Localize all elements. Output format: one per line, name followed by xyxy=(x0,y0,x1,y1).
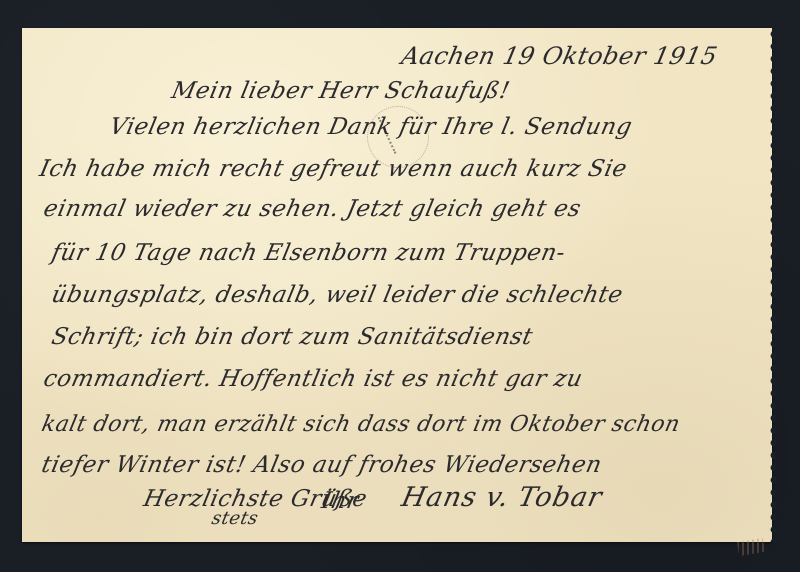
salutation: Mein lieber Herr Schaufuß! xyxy=(169,78,512,104)
perforated-edge xyxy=(768,28,776,542)
body-line: commandiert. Hoffentlich ist es nicht ga… xyxy=(41,366,585,392)
signature: Hans v. Tobar xyxy=(399,482,606,513)
body-line: kalt dort, man erzählt sich dass dort im… xyxy=(39,412,682,437)
body-line: tiefer Winter ist! Also auf frohes Wiede… xyxy=(39,452,604,478)
dateline: Aachen 19 Oktober 1915 xyxy=(399,42,720,70)
body-line: Ich habe mich recht gefreut wenn auch ku… xyxy=(37,156,629,182)
closing-ihr: Ihr xyxy=(319,488,361,514)
body-line: für 10 Tage nach Elsenborn zum Truppen- xyxy=(49,240,568,266)
pencil-mark xyxy=(737,538,765,556)
body-line: Vielen herzlichen Dank für Ihre l. Sendu… xyxy=(107,114,634,140)
postcard: Aachen 19 Oktober 1915 Mein lieber Herr … xyxy=(22,28,772,542)
body-line: Schrift; ich bin dort zum Sanitätsdienst xyxy=(49,324,535,350)
body-line: übungsplatz, deshalb, weil leider die sc… xyxy=(49,282,625,308)
closing-sub: stets xyxy=(210,508,261,529)
body-line: einmal wieder zu sehen. Jetzt gleich geh… xyxy=(41,196,583,222)
